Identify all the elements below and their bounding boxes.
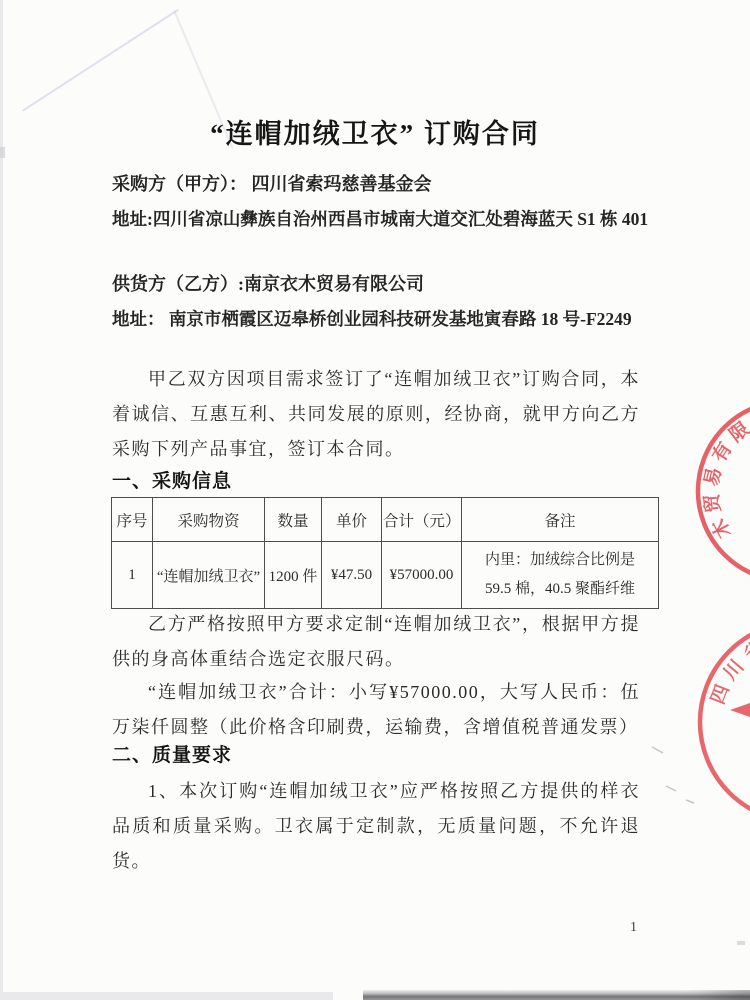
header-unit-price: 单价 bbox=[322, 498, 382, 542]
remark-line-2: 59.5 棉，40.5 聚酯纤维 bbox=[470, 575, 650, 604]
contract-page: “连帽加绒卫衣” 订购合同 采购方（甲方）： 四川省索玛慈善基金会 地址:四川省… bbox=[0, 0, 750, 1000]
corner-smudge bbox=[737, 941, 745, 945]
procurement-table: 序号 采购物资 数量 单价 合计（元） 备注 1 “连帽加绒卫衣” 1200 件… bbox=[111, 497, 659, 609]
header-item: 采购物资 bbox=[153, 498, 265, 542]
header-total: 合计（元） bbox=[382, 498, 462, 542]
pencil-dash-1 bbox=[652, 747, 663, 753]
header-remark: 备注 bbox=[462, 498, 659, 542]
supplier-seal-text: 木贸易有限 bbox=[700, 414, 750, 542]
supplier-seal: 木贸易有限 bbox=[698, 401, 750, 581]
item-cell: “连帽加绒卫衣” bbox=[153, 542, 265, 609]
buyer-seal-ring bbox=[700, 622, 750, 822]
section-heading-quality: 二、质量要求 bbox=[112, 740, 232, 767]
header-seq: 序号 bbox=[112, 498, 153, 542]
paper-crease-line bbox=[22, 9, 179, 112]
unit-price-cell: ¥47.50 bbox=[322, 542, 382, 609]
total-cell: ¥57000.00 bbox=[382, 542, 462, 609]
customization-paragraph: 乙方严格按照甲方要求定制“连帽加绒卫衣”，根据甲方提供的身高体重结合选定衣服尺码… bbox=[112, 607, 640, 677]
pencil-dashes bbox=[652, 747, 694, 803]
buyer-seal: 四川省 bbox=[700, 622, 750, 822]
page-title: “连帽加绒卫衣” 订购合同 bbox=[0, 112, 750, 151]
seq-cell: 1 bbox=[112, 542, 153, 609]
bottom-edge-shadow-right bbox=[363, 990, 750, 1000]
intro-paragraph: 甲乙双方因项目需求签订了“连帽加绒卫衣”订购合同，本着诚信、互惠互利、共同发展的… bbox=[112, 362, 640, 467]
section-heading-procurement: 一、采购信息 bbox=[112, 466, 232, 493]
remark-cell: 内里：加绒综合比例是 59.5 棉，40.5 聚酯纤维 bbox=[462, 542, 659, 609]
table-header-row: 序号 采购物资 数量 单价 合计（元） 备注 bbox=[112, 498, 659, 542]
remark-line-1: 内里：加绒综合比例是 bbox=[470, 546, 650, 575]
buyer-line: 采购方（甲方）： 四川省索玛慈善基金会 bbox=[112, 170, 432, 196]
supplier-seal-ring bbox=[698, 401, 750, 581]
quality-paragraph: 1、本次订购“连帽加绒卫衣”应严格按照乙方提供的样衣品质和质量采购。卫衣属于定制… bbox=[112, 774, 640, 879]
supplier-line: 供货方（乙方）:南京衣木贸易有限公司 bbox=[112, 270, 424, 296]
bottom-edge-shadow-left bbox=[0, 992, 333, 1000]
total-amount-paragraph: “连帽加绒卫衣”合计：小写¥57000.00，大写人民币：伍万柒仟圆整（此价格含… bbox=[112, 675, 640, 745]
buyer-seal-star bbox=[730, 639, 750, 782]
buyer-seal-text: 四川省 bbox=[707, 632, 750, 707]
table-row: 1 “连帽加绒卫衣” 1200 件 ¥47.50 ¥57000.00 内里：加绒… bbox=[112, 542, 659, 609]
page-number: 1 bbox=[630, 920, 637, 936]
header-qty: 数量 bbox=[265, 498, 322, 542]
buyer-address-line: 地址:四川省凉山彝族自治州西昌市城南大道交汇处碧海蓝天 S1 栋 401 bbox=[112, 206, 648, 231]
qty-cell: 1200 件 bbox=[265, 542, 322, 609]
supplier-address-line: 地址： 南京市栖霞区迈皋桥创业园科技研发基地寅春路 18 号-F2249 bbox=[112, 306, 632, 331]
pencil-dash-2 bbox=[666, 786, 676, 791]
pencil-dash-3 bbox=[686, 800, 694, 803]
